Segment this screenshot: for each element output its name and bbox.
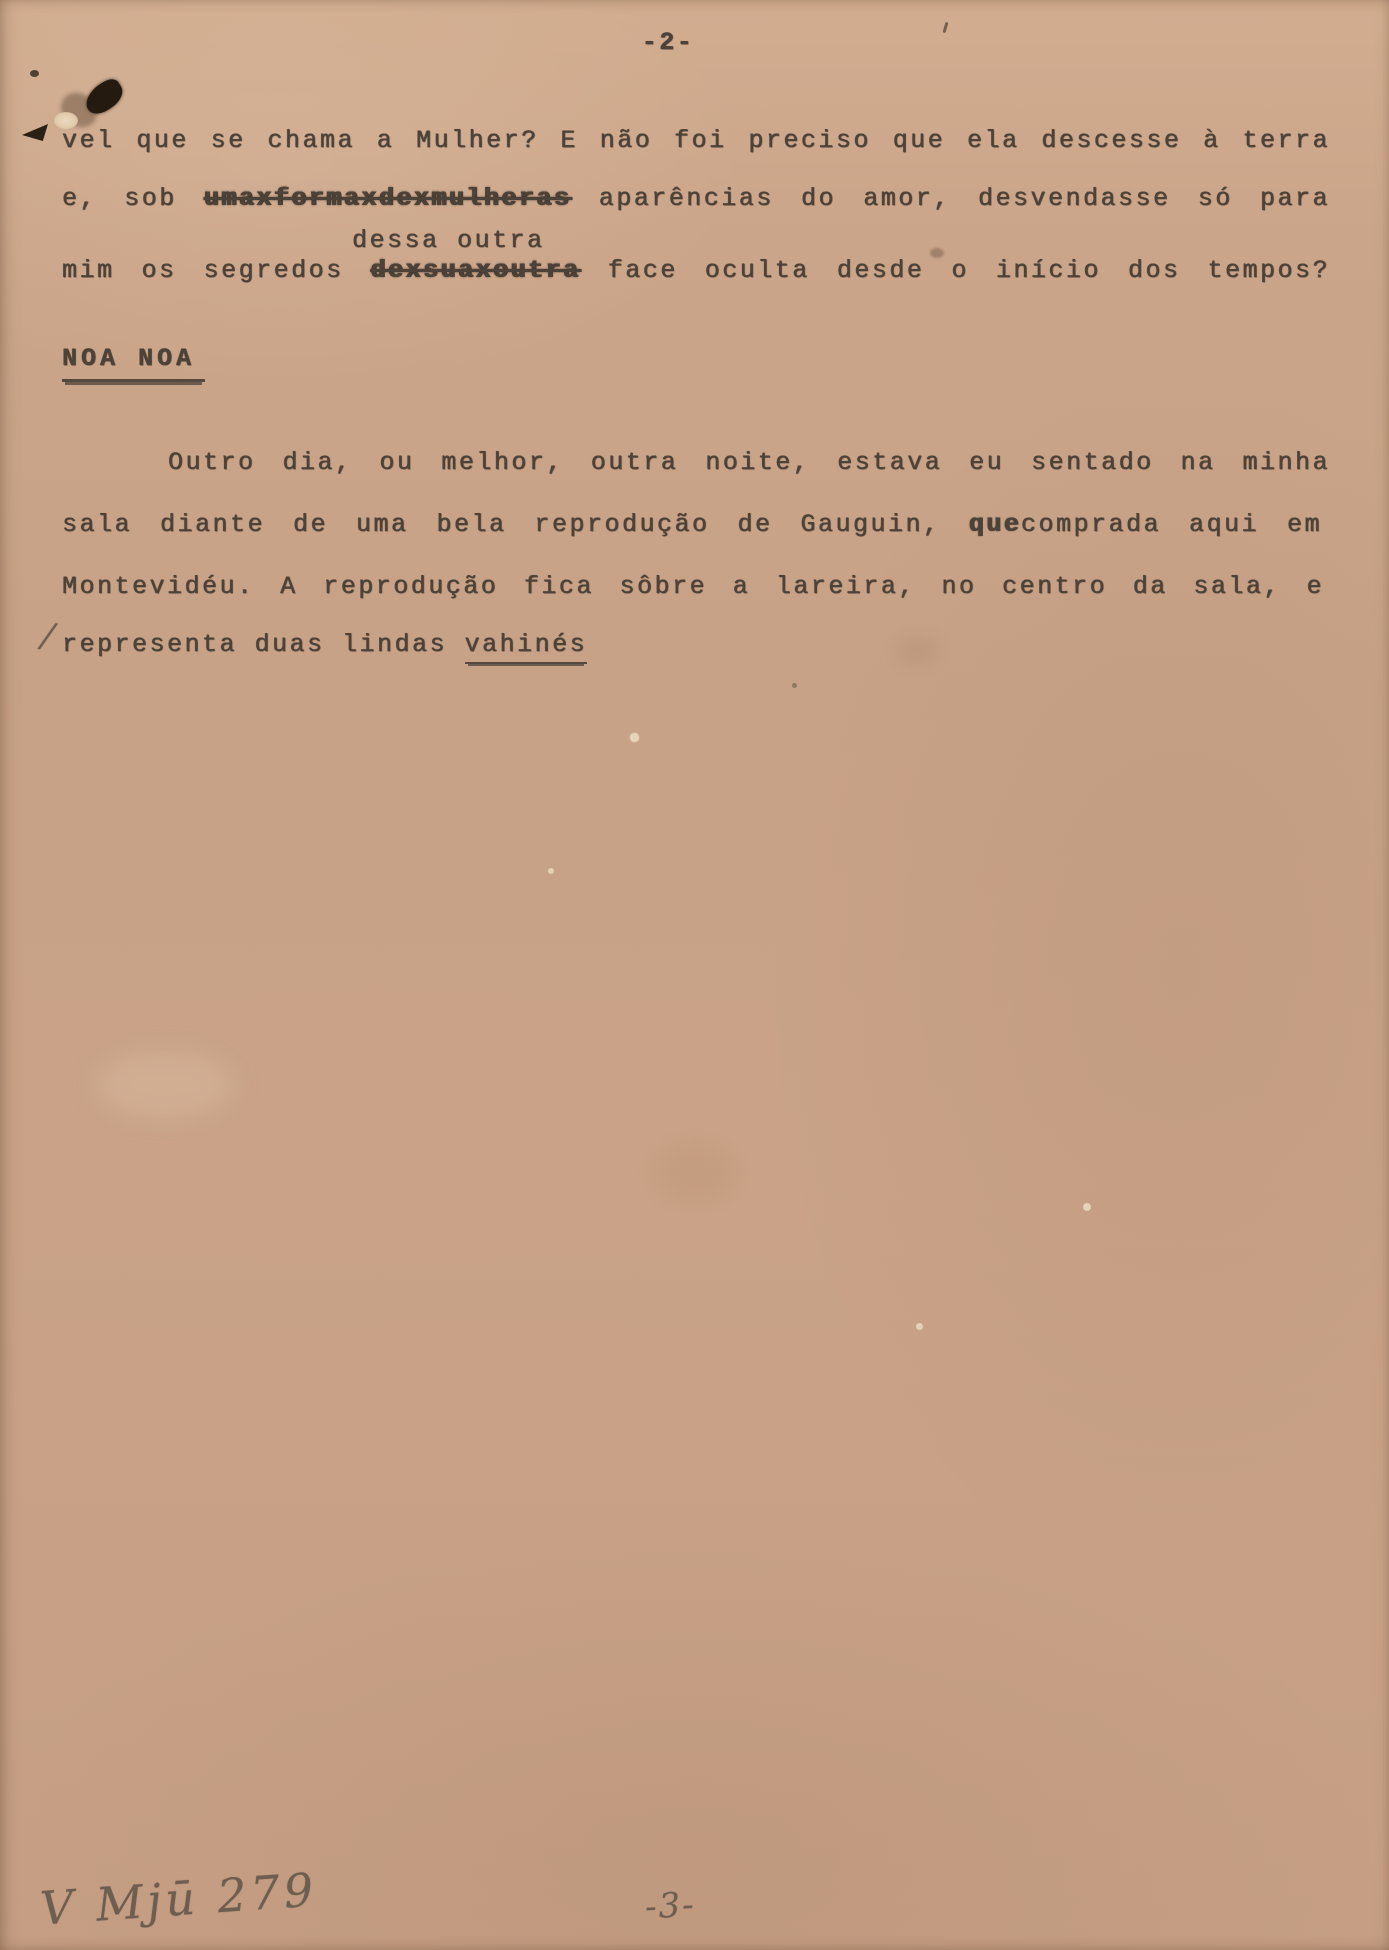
paper-stain: [95, 1050, 235, 1120]
ink-dot-artifact: [30, 70, 39, 77]
page-number-top: -2-: [538, 28, 798, 58]
p2line2-text-post: comprada aqui em: [1021, 510, 1322, 539]
paragraph1-line2: e, sob umaxformaxdexmulheras aparências …: [62, 184, 1330, 214]
interline-insertion: dessa outra: [352, 226, 545, 256]
section-heading-text: NOA NOA: [62, 344, 205, 382]
section-heading: NOA NOA: [62, 344, 205, 382]
scanned-typescript-page: -2- vel que se chama a Mulher? E não foi…: [0, 0, 1389, 1950]
paper-speck: [630, 733, 639, 742]
ink-blot-artifact: [80, 75, 128, 118]
p2line2-overtyped-text: que: [968, 510, 1021, 539]
paragraph2-line1: Outro dia, ou melhor, outra noite, estav…: [168, 448, 1330, 478]
paper-stain: [895, 635, 940, 667]
paper-speck: [916, 1323, 923, 1330]
p2line4-text-pre: representa duas lindas: [62, 630, 447, 659]
p2line2-text-pre: sala diante de uma bela reprodução de Ga…: [62, 510, 940, 539]
line3-struckout-text: dexsuaxoutra: [371, 256, 581, 285]
p2line4-underlined-word: vahinés: [465, 630, 588, 664]
paragraph2-line4: representa duas lindas vahinés: [62, 630, 587, 664]
line3-text-pre: mim os segredos: [62, 256, 344, 285]
line2-struckout-text: umaxformaxdexmulheras: [204, 184, 572, 213]
handwritten-catalog-number: V Mjū 279: [38, 1862, 318, 1935]
paragraph1-line1: vel que se chama a Mulher? E não foi pre…: [62, 126, 1330, 156]
page-number-bottom: -3-: [644, 1885, 697, 1928]
line2-text-pre: e, sob: [62, 184, 177, 213]
paper-speck: [792, 683, 797, 688]
paper-stain: [655, 1145, 735, 1200]
paragraph2-line3: Montevidéu. A reprodução fica sôbre a la…: [62, 572, 1324, 602]
paper-speck: [1083, 1203, 1091, 1211]
stray-tick-artifact: [943, 22, 949, 33]
line3-text-post: face oculta desde o início dos tempos?: [608, 256, 1330, 285]
line2-text-post: aparências do amor, desvendasse só para: [599, 184, 1330, 213]
paragraph1-line3: mim os segredos dexsuaxoutra face oculta…: [62, 256, 1330, 286]
paragraph2-line2: sala diante de uma bela reprodução de Ga…: [62, 510, 1322, 540]
paper-speck: [548, 868, 554, 874]
ink-mark-artifact: [22, 124, 48, 141]
margin-slash-mark: /: [39, 615, 56, 656]
